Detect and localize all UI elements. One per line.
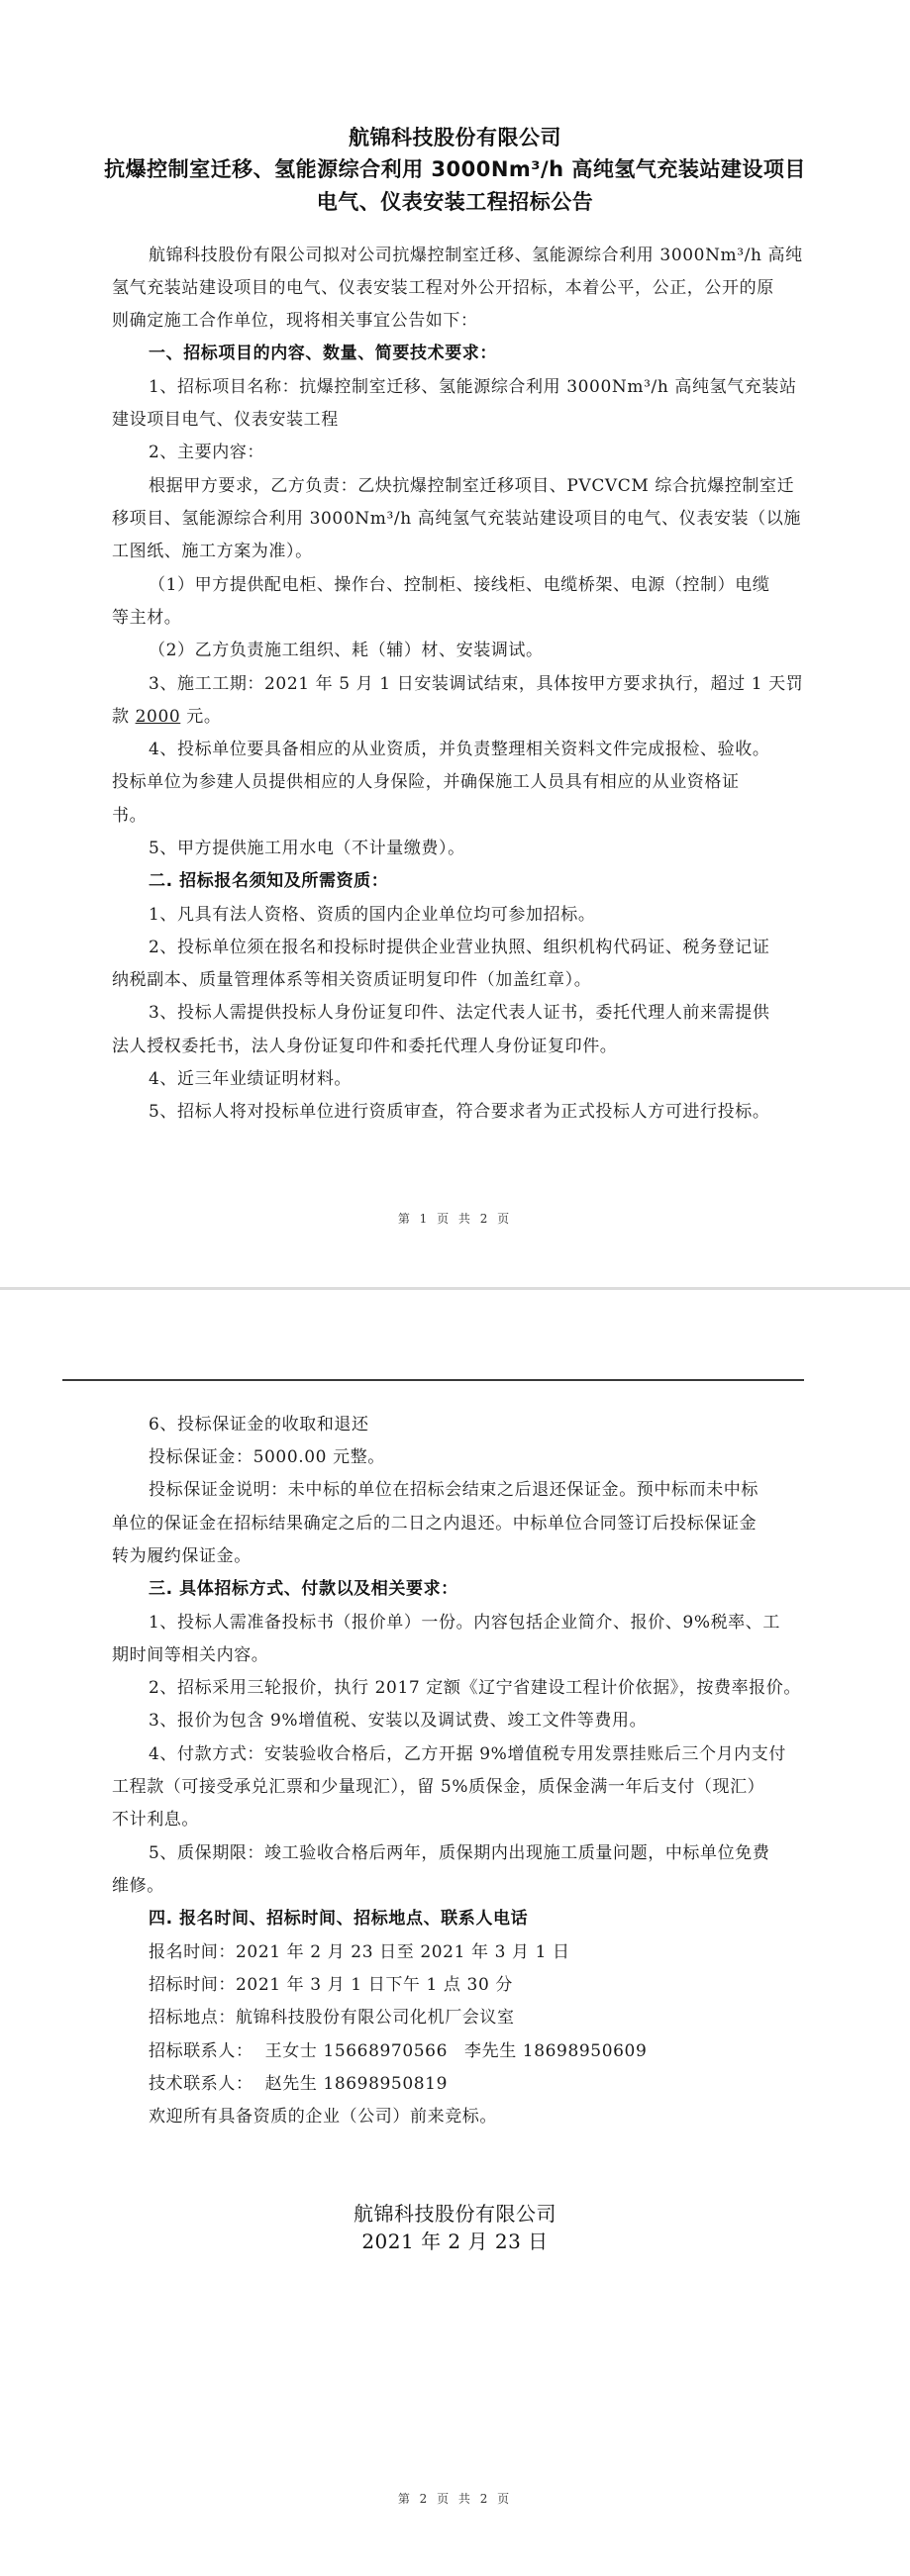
s2-item: 3、投标人需提供投标人身份证复印件、法定代表人证书，委托代理人前来需提供 bbox=[149, 1002, 802, 1024]
page-1: 航锦科技股份有限公司 抗爆控制室迁移、氢能源综合利用 3000Nm³/h 高纯氢… bbox=[0, 0, 910, 1287]
header-rule bbox=[62, 1379, 804, 1381]
section-heading-2: 二. 招标报名须知及所需资质： bbox=[149, 870, 802, 892]
item-party-b-duty: （2）乙方负责施工组织、耗（辅）材、安装调试。 bbox=[149, 640, 802, 661]
title-company: 航锦科技股份有限公司 bbox=[0, 125, 910, 150]
s3-item: 工程款（可接受承兑汇票和少量现汇），留 5%质保金，质保金满一年后支付（现汇） bbox=[112, 1776, 805, 1798]
tech-contact-row: 技术联系人： 赵先生 18698950819 bbox=[149, 2073, 802, 2095]
s2-item: 4、近三年业绩证明材料。 bbox=[149, 1068, 802, 1090]
signature-date: 2021 年 2 月 23 日 bbox=[0, 2229, 910, 2254]
page-footer: 第 1 页 共 2 页 bbox=[0, 1210, 910, 1227]
s3-item: 维修。 bbox=[112, 1875, 805, 1897]
item-qualification: 书。 bbox=[112, 805, 805, 827]
s3-item: 2、招标采用三轮报价，执行 2017 定额《辽宁省建设工程计价依据》，按费率报价… bbox=[149, 1677, 802, 1699]
item-main-content: 移项目、氢能源综合利用 3000Nm³/h 高纯氢气充装站建设项目的电气、仪表安… bbox=[112, 508, 805, 530]
registration-time: 报名时间：2021 年 2 月 23 日至 2021 年 3 月 1 日 bbox=[149, 1941, 802, 1963]
tech-contact-label: 技术联系人： bbox=[149, 2074, 253, 2094]
tech-contact: 赵先生 18698950819 bbox=[265, 2074, 448, 2094]
deposit-note: 投标保证金说明：未中标的单位在招标会结束之后退还保证金。预中标而未中标 bbox=[149, 1479, 802, 1501]
item-qualification: 投标单位为参建人员提供相应的人身保险，并确保施工人员具有相应的从业资格证 bbox=[112, 771, 805, 793]
item-party-a-supply: 等主材。 bbox=[112, 607, 805, 629]
s2-item: 5、招标人将对投标单位进行资质审查，符合要求者为正式投标人方可进行投标。 bbox=[149, 1101, 802, 1123]
s3-item: 1、投标人需准备投标书（报价单）一份。内容包括企业简介、报价、9%税率、工 bbox=[149, 1612, 802, 1634]
s2-item-deposit-heading: 6、投标保证金的收取和退还 bbox=[149, 1414, 802, 1436]
penalty-amount: 2000 bbox=[136, 707, 181, 727]
intro-line: 氢气充装站建设项目的电气、仪表安装工程对外公开招标，本着公平，公正，公开的原 bbox=[112, 277, 805, 299]
page-footer: 第 2 页 共 2 页 bbox=[0, 2490, 910, 2507]
penalty-prefix: 款 bbox=[112, 707, 136, 727]
s3-item: 不计利息。 bbox=[112, 1809, 805, 1831]
section-heading-4: 四. 报名时间、招标时间、招标地点、联系人电话 bbox=[149, 1908, 802, 1930]
intro-line: 则确定施工合作单位，现将相关事宜公告如下： bbox=[112, 310, 805, 332]
s3-item: 5、质保期限：竣工验收合格后两年，质保期内出现施工质量问题，中标单位免费 bbox=[149, 1842, 802, 1864]
section-heading-3: 三. 具体招标方式、付款以及相关要求： bbox=[149, 1578, 802, 1600]
s3-item: 3、报价为包含 9%增值税、安装以及调试费、竣工文件等费用。 bbox=[149, 1710, 802, 1732]
bid-time: 招标时间：2021 年 3 月 1 日下午 1 点 30 分 bbox=[149, 1974, 802, 1996]
item-schedule-penalty: 款 2000 元。 bbox=[112, 706, 805, 728]
item-main-content: 根据甲方要求，乙方负责：乙炔抗爆控制室迁移项目、PVCVCM 综合抗爆控制室迁 bbox=[149, 475, 802, 497]
bid-contacts: 招标联系人： 王女士 15668970566 李先生 18698950609 bbox=[149, 2040, 802, 2062]
penalty-suffix: 元。 bbox=[180, 707, 221, 727]
title-notice: 电气、仪表安装工程招标公告 bbox=[0, 189, 910, 215]
signature-company: 航锦科技股份有限公司 bbox=[0, 2201, 910, 2227]
section-heading-1: 一、招标项目的内容、数量、简要技术要求： bbox=[149, 343, 802, 364]
s2-item: 2、投标单位须在报名和投标时提供企业营业执照、组织机构代码证、税务登记证 bbox=[149, 937, 802, 958]
s2-item: 纳税副本、质量管理体系等相关资质证明复印件（加盖红章）。 bbox=[112, 969, 805, 991]
deposit-note: 单位的保证金在招标结果确定之后的二日之内退还。中标单位合同签订后投标保证金 bbox=[112, 1513, 805, 1535]
item-main-content-heading: 2、主要内容： bbox=[149, 442, 802, 463]
item-main-content: 工图纸、施工方案为准）。 bbox=[112, 541, 805, 562]
item-schedule: 3、施工工期：2021 年 5 月 1 日安装调试结束，具体按甲方要求执行，超过… bbox=[149, 673, 802, 695]
intro-line: 航锦科技股份有限公司拟对公司抗爆控制室迁移、氢能源综合利用 3000Nm³/h … bbox=[149, 245, 802, 266]
bid-contact-2: 李先生 18698950609 bbox=[464, 2040, 647, 2062]
welcome-text: 欢迎所有具备资质的企业（公司）前来竞标。 bbox=[149, 2106, 802, 2128]
title-project: 抗爆控制室迁移、氢能源综合利用 3000Nm³/h 高纯氢气充装站建设项目 bbox=[0, 156, 910, 182]
deposit-amount: 投标保证金：5000.00 元整。 bbox=[149, 1446, 802, 1468]
s2-item: 法人授权委托书，法人身份证复印件和委托代理人身份证复印件。 bbox=[112, 1036, 805, 1057]
item-party-a-supply: （1）甲方提供配电柜、操作台、控制柜、接线柜、电缆桥架、电源（控制）电缆 bbox=[149, 574, 802, 596]
bid-contact-1: 王女士 15668970566 bbox=[265, 2041, 448, 2061]
item-qualification: 4、投标单位要具备相应的从业资质，并负责整理相关资料文件完成报检、验收。 bbox=[149, 739, 802, 760]
bid-location: 招标地点：航锦科技股份有限公司化机厂会议室 bbox=[149, 2007, 802, 2029]
bid-contact-label: 招标联系人： bbox=[149, 2041, 253, 2061]
s3-item: 期时间等相关内容。 bbox=[112, 1644, 805, 1666]
page-2: 6、投标保证金的收取和退还 投标保证金：5000.00 元整。 投标保证金说明：… bbox=[0, 1290, 910, 2576]
s2-item: 1、凡具有法人资格、资质的国内企业单位均可参加招标。 bbox=[149, 904, 802, 926]
deposit-note: 转为履约保证金。 bbox=[112, 1545, 805, 1567]
item-project-name: 1、招标项目名称：抗爆控制室迁移、氢能源综合利用 3000Nm³/h 高纯氢气充… bbox=[149, 376, 802, 398]
s3-item: 4、付款方式：安装验收合格后，乙方开据 9%增值税专用发票挂账后三个月内支付 bbox=[149, 1743, 802, 1765]
item-utilities: 5、甲方提供施工用水电（不计量缴费）。 bbox=[149, 838, 802, 859]
item-project-name: 建设项目电气、仪表安装工程 bbox=[112, 409, 805, 431]
